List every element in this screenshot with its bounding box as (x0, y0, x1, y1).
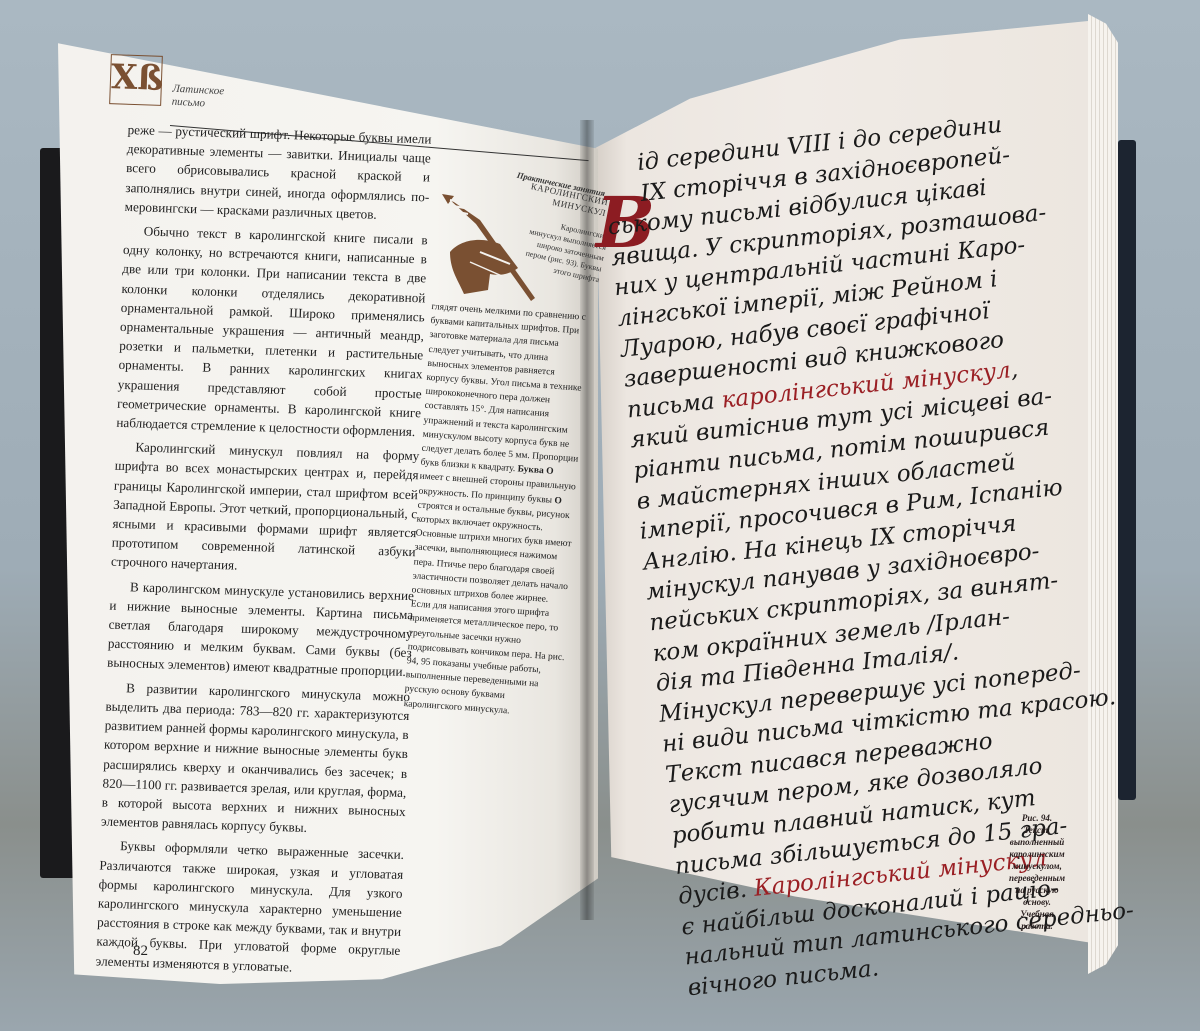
left-column-text: реже — рустический шрифт. Некоторые букв… (95, 120, 432, 985)
book-cover-right (1118, 140, 1136, 800)
caption-line: Учебная (1002, 908, 1072, 920)
caption-line: на русскую (1002, 884, 1072, 896)
paragraph: В каролингском минускуле установились ве… (107, 576, 415, 681)
caption-line: минускулом, (1002, 860, 1072, 872)
caption-line: Рис. 94. (1002, 812, 1072, 824)
paragraph: реже — рустический шрифт. Некоторые букв… (124, 120, 432, 225)
figure-caption: Рис. 94. Текст, выполненный каролингским… (1002, 812, 1072, 932)
page-number: 82 (133, 943, 148, 960)
caption-line: основу. (1002, 896, 1072, 908)
caption-line: выполненный (1002, 836, 1072, 848)
text-run: глядят очень мелкими по сравнению с букв… (420, 302, 586, 475)
paragraph: Обычно текст в каролингской книге писали… (116, 221, 428, 442)
text-run-bold: Буква О (517, 465, 554, 477)
paragraph: В развитии каролингского минускула можно… (101, 677, 411, 840)
paragraph: Каролингский минускул повлиял на форму ш… (111, 437, 420, 581)
chapter-logo-icon: Xß (109, 54, 163, 106)
caption-line: Текст, (1002, 824, 1072, 836)
caption-line: переведенным (1002, 872, 1072, 884)
practical-body-text: глядят очень мелкими по сравнению с букв… (403, 300, 589, 722)
text-run: , (1009, 356, 1019, 383)
text-run: строятся и остальные буквы, рисунок кото… (403, 500, 571, 716)
running-head: Латинское письмо (171, 83, 224, 112)
text-run-bold: О (554, 496, 562, 506)
caption-line: каролингским (1002, 848, 1072, 860)
page-edges (1088, 14, 1118, 974)
caption-line: работа. (1002, 920, 1072, 932)
